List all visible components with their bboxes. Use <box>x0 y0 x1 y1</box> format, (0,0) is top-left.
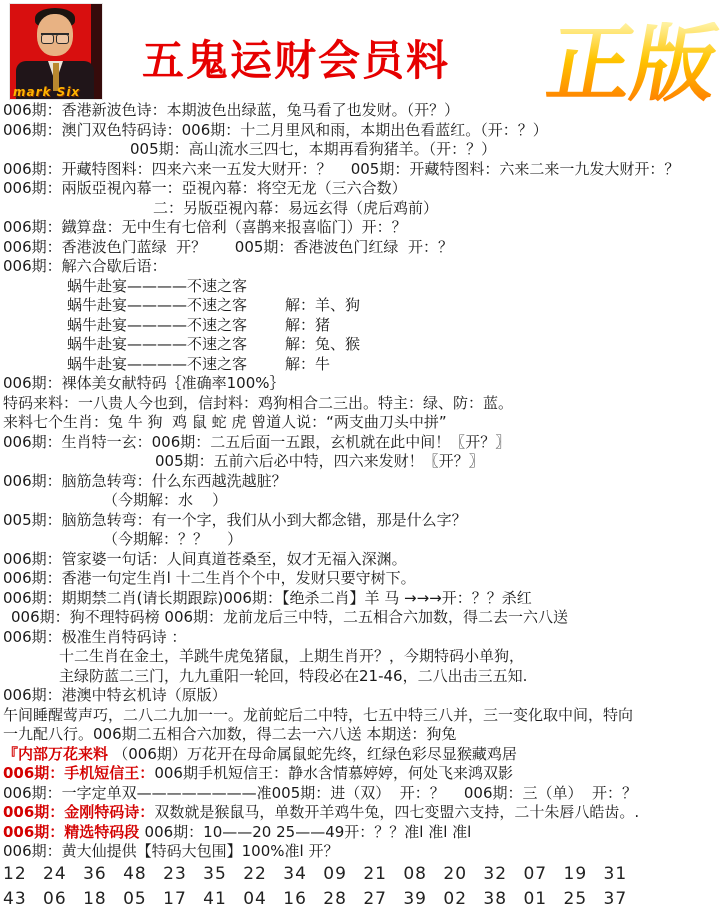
text-segment: 006期：鐡算盘：无中生有七倍利（喜鹊来报喜临门）开：？ <box>3 218 407 236</box>
text-segment: 006期：开藏特图料：四来六来一五发大财开：？ 005期：开藏特图料：六来二来一… <box>3 160 679 178</box>
text-segment: 解：羊、狗 <box>285 296 360 316</box>
text-line: 006期：香港一句定生肖l 十二生肖个个中，发财只要守树下。 <box>3 569 723 589</box>
text-line: 006期：精选特码段 006期：10——20 25——49开：？？准l 准l 准… <box>3 823 723 843</box>
text-segment: 蜗牛赴宴————不速之客 <box>67 316 247 334</box>
text-segment: 006期：狗不理特码榜 006期：龙前龙后三中特，二五相合六加数，得二去一六八送 <box>11 608 568 626</box>
text-line: 005期：五前六后必中特，四六来发财！〖开？〗 <box>3 452 723 472</box>
text-segment: 006期：解六合歇后语： <box>3 257 167 275</box>
text-segment: 蜗牛赴宴————不速之客 <box>67 277 247 295</box>
photo-caption: mark Six <box>13 85 80 99</box>
text-line: 006期：裸体美女献特码｛准确率100%｝ <box>3 374 723 394</box>
text-line: 蜗牛赴宴————不速之客解：牛 <box>3 355 723 375</box>
text-segment: 蜗牛赴宴————不速之客 <box>67 355 247 373</box>
text-segment: 十二生肖在金土，羊跳牛虎兔猪鼠，上期生肖开？，今期特码小单狗， <box>59 647 524 665</box>
text-line: 006期：香港波色门蓝绿 开？ 005期：香港波色门红绿 开：？ <box>3 238 723 258</box>
text-line: 006期：狗不理特码榜 006期：龙前龙后三中特，二五相合六加数，得二去一六八送 <box>3 608 723 628</box>
text-line: 006期：极准生肖特码诗 ： <box>3 628 723 648</box>
text-segment: （006期）万花开在母命属鼠蛇先终，红绿色彩尽显猴藏鸡居 <box>113 745 517 763</box>
text-segment: 006期：港澳中特玄机诗（原版） <box>3 686 227 704</box>
text-line: 006期：黄大仙提供【特码大包围】100%准l 开？ <box>3 842 723 862</box>
text-segment: 双数就是猴鼠马，单数开羊鸡牛兔，四七变盟六支持，二十朱唇八皓齿。. <box>154 803 639 821</box>
number-row: 12 24 36 48 23 35 22 34 09 21 08 20 32 0… <box>3 862 723 887</box>
text-line: 蜗牛赴宴————不速之客解：羊、狗 <box>3 296 723 316</box>
portrait-photo: mark Six <box>9 3 103 100</box>
text-line: 来料七个生肖：兔 牛 狗 鸡 鼠 蛇 虎 曾道人说：“两支曲刀头中拼” <box>3 413 723 433</box>
text-segment: 一九配八行。006期二五相合六加数，得二去一六八送 本期送：狗兔 <box>3 725 456 743</box>
genuine-edition-stamp: 正版 <box>542 22 723 106</box>
text-segment: 006期：香港新波色诗：本期波色出绿蓝，兔马看了也发财。（开？） <box>3 101 459 119</box>
text-segment: 006期：脑筋急转弯：什么东西越洗越脏？ <box>3 472 287 490</box>
text-line: 特码来料：一八贵人今也到，信封料：鸡狗相合二三出。特主：绿、防：蓝。 <box>3 394 723 414</box>
text-line: 主绿防蓝二三门，九九重阳一轮回，特段必在21-46，二八出击三五知. <box>3 667 723 687</box>
highlight-segment: 006期：精选特码段 <box>3 823 145 841</box>
text-line: 006期：鐡算盘：无中生有七倍利（喜鹊来报喜临门）开：？ <box>3 218 723 238</box>
text-line: 006期：金刚特码诗：双数就是猴鼠马，单数开羊鸡牛兔，四七变盟六支持，二十朱唇八… <box>3 803 723 823</box>
page-title: 五鬼运财会员料 <box>142 28 450 88</box>
text-segment: 主绿防蓝二三门，九九重阳一轮回，特段必在21-46，二八出击三五知. <box>59 667 527 685</box>
text-line: 一九配八行。006期二五相合六加数，得二去一六八送 本期送：狗兔 <box>3 725 723 745</box>
text-line: 二：另版亞視內幕：易远玄得（虎后鸡前） <box>3 199 723 219</box>
text-line: 006期：一字定单双————————准005期：进（双） 开：？ 006期：三（… <box>3 784 723 804</box>
text-segment: 006期：一字定单双————————准005期：进（双） 开：？ 006期：三（… <box>3 784 637 802</box>
text-line: （今期解：？？ ） <box>3 530 723 550</box>
text-line: 『内部万花来料 （006期）万花开在母命属鼠蛇先终，红绿色彩尽显猴藏鸡居 <box>3 745 723 765</box>
lottery-tip-sheet: mark Six 五鬼运财会员料 正版 006期：香港新波色诗：本期波色出绿蓝，… <box>0 0 723 911</box>
text-line: 蜗牛赴宴————不速之客解：兔、猴 <box>3 335 723 355</box>
portrait-glasses <box>41 33 69 43</box>
text-segment: 005期：五前六后必中特，四六来发财！〖开？〗 <box>155 452 484 470</box>
text-segment: 午间睡醒莺声巧，二八二九加一一。龙前蛇后二中特，七五中特三八并，三一变化取中间，… <box>3 706 633 724</box>
text-segment: 43 06 18 05 17 41 04 16 28 27 39 02 38 0… <box>3 889 627 909</box>
text-segment: 006期手机短信王：静水含情慕婷婷，何处飞来鸿双影 <box>154 764 513 782</box>
text-segment: 006期：管家婆一句话：人间真道苍桑至，奴才无福入深渊。 <box>3 550 407 568</box>
text-segment: 特码来料：一八贵人今也到，信封料：鸡狗相合二三出。特主：绿、防：蓝。 <box>3 394 513 412</box>
text-line: 006期：澳门双色特码诗：006期：十二月里风和雨，本期出色看蓝红。（开：？） <box>3 121 723 141</box>
text-line: 蜗牛赴宴————不速之客解：猪 <box>3 316 723 336</box>
text-segment: （今期解：？？ ） <box>103 530 242 548</box>
text-segment: 12 24 36 48 23 35 22 34 09 21 08 20 32 0… <box>3 864 627 884</box>
text-line: 006期：脑筋急转弯：什么东西越洗越脏？ <box>3 472 723 492</box>
text-line: 006期：兩版亞視內幕一：亞視內幕：将空无龙（三六合数） <box>3 179 723 199</box>
text-segment: 006期：香港波色门蓝绿 开？ 005期：香港波色门红绿 开：？ <box>3 238 453 256</box>
text-segment: 二：另版亞視內幕：易远玄得（虎后鸡前） <box>153 199 438 217</box>
highlight-segment: 『内部万花来料 <box>3 745 113 763</box>
text-segment: 005期：高山流水三四七，本期再看狗猪羊。（开：？） <box>130 140 496 158</box>
text-line: 006期：期期禁二肖(请长期跟踪)006期：【绝杀二肖】羊 马 →→→开：？？杀… <box>3 589 723 609</box>
text-line: 006期：香港新波色诗：本期波色出绿蓝，兔马看了也发财。（开？） <box>3 101 723 121</box>
text-line: 蜗牛赴宴————不速之客 <box>3 277 723 297</box>
number-row: 43 06 18 05 17 41 04 16 28 27 39 02 38 0… <box>3 887 723 911</box>
text-segment: 解：牛 <box>285 355 330 375</box>
text-segment: 006期：期期禁二肖(请长期跟踪)006期：【绝杀二肖】羊 马 →→→开：？？杀… <box>3 589 532 607</box>
text-line: 十二生肖在金土，羊跳牛虎兔猪鼠，上期生肖开？，今期特码小单狗， <box>3 647 723 667</box>
text-line: 006期：港澳中特玄机诗（原版） <box>3 686 723 706</box>
text-segment: 解：猪 <box>285 316 330 336</box>
text-line: 006期：解六合歇后语： <box>3 257 723 277</box>
document-body: 006期：香港新波色诗：本期波色出绿蓝，兔马看了也发财。（开？）006期：澳门双… <box>3 101 723 911</box>
text-segment: 蜗牛赴宴————不速之客 <box>67 296 247 314</box>
text-line: 006期：手机短信王：006期手机短信王：静水含情慕婷婷，何处飞来鸿双影 <box>3 764 723 784</box>
text-segment: 006期：10——20 25——49开：？？准l 准l 准l <box>145 823 472 841</box>
text-segment: 来料七个生肖：兔 牛 狗 鸡 鼠 蛇 虎 曾道人说：“两支曲刀头中拼” <box>3 413 447 431</box>
text-segment: 006期：极准生肖特码诗 ： <box>3 628 186 646</box>
text-line: 午间睡醒莺声巧，二八二九加一一。龙前蛇后二中特，七五中特三八并，三一变化取中间，… <box>3 706 723 726</box>
text-segment: 006期：澳门双色特码诗：006期：十二月里风和雨，本期出色看蓝红。（开：？） <box>3 121 548 139</box>
text-line: 006期：管家婆一句话：人间真道苍桑至，奴才无福入深渊。 <box>3 550 723 570</box>
text-line: 006期：生肖特一玄：006期：二五后面一五跟，玄机就在此中间！〖开？〗 <box>3 433 723 453</box>
text-segment: 006期：裸体美女献特码｛准确率100%｝ <box>3 374 285 392</box>
text-line: （今期解：水 ） <box>3 491 723 511</box>
text-segment: 蜗牛赴宴————不速之客 <box>67 335 247 353</box>
highlight-segment: 006期：手机短信王： <box>3 764 154 782</box>
text-segment: 006期：黄大仙提供【特码大包围】100%准l 开？ <box>3 842 338 860</box>
text-segment: 005期：脑筋急转弯：有一个字，我们从小到大都念错，那是什么字？ <box>3 511 467 529</box>
text-segment: （今期解：水 ） <box>103 491 227 509</box>
text-segment: 006期：生肖特一玄：006期：二五后面一五跟，玄机就在此中间！〖开？〗 <box>3 433 510 451</box>
text-segment: 006期：兩版亞視內幕一：亞視內幕：将空无龙（三六合数） <box>3 179 407 197</box>
text-line: 006期：开藏特图料：四来六来一五发大财开：？ 005期：开藏特图料：六来二来一… <box>3 160 723 180</box>
text-line: 005期：高山流水三四七，本期再看狗猪羊。（开：？） <box>3 140 723 160</box>
text-line: 005期：脑筋急转弯：有一个字，我们从小到大都念错，那是什么字？ <box>3 511 723 531</box>
text-segment: 006期：香港一句定生肖l 十二生肖个个中，发财只要守树下。 <box>3 569 416 587</box>
text-segment: 解：兔、猴 <box>285 335 360 355</box>
highlight-segment: 006期：金刚特码诗： <box>3 803 154 821</box>
